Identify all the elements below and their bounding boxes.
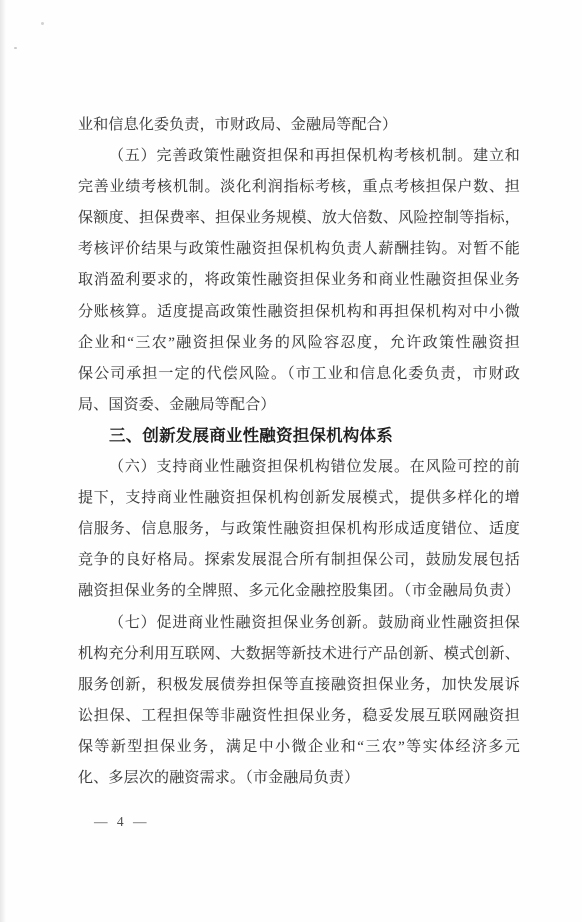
text-line: 取消盈利要求的，将政策性融资担保业务和商业性融资担保业务 xyxy=(78,265,520,296)
document-body: 业和信息化委负责，市财政局、金融局等配合） （五）完善政策性融资担保和再担保机构… xyxy=(78,110,520,794)
document-page: 业和信息化委负责，市财政局、金融局等配合） （五）完善政策性融资担保和再担保机构… xyxy=(0,0,582,922)
section-heading: 三、创新发展商业性融资担保机构体系 xyxy=(78,421,520,452)
text-line: 提下，支持商业性融资担保机构创新发展模式，提供多样化的增 xyxy=(78,483,520,514)
page-number: — 4 — xyxy=(94,812,150,832)
text-line: 考核评价结果与政策性融资担保机构负责人薪酬挂钩。对暂不能 xyxy=(78,234,520,265)
text-line: 业和信息化委负责，市财政局、金融局等配合） xyxy=(78,110,520,141)
scan-edge-shadow xyxy=(0,0,6,922)
text-line: 完善业绩考核机制。淡化利润指标考核，重点考核担保户数、担 xyxy=(78,172,520,203)
text-line: 企业和“三农”融资担保业务的风险容忍度，允许政策性融资担 xyxy=(78,328,520,359)
text-line: （五）完善政策性融资担保和再担保机构考核机制。建立和 xyxy=(78,141,520,172)
text-line: 讼担保、工程担保等非融资性担保业务，稳妥发展互联网融资担 xyxy=(78,701,520,732)
text-line: 保额度、担保费率、担保业务规模、放大倍数、风险控制等指标， xyxy=(78,203,520,234)
text-line: 保等新型担保业务，满足中小微企业和“三农”等实体经济多元 xyxy=(78,732,520,763)
text-line: 分账核算。适度提高政策性融资担保机构和再担保机构对中小微 xyxy=(78,297,520,328)
text-line: （六）支持商业性融资担保机构错位发展。在风险可控的前 xyxy=(78,452,520,483)
text-line: （七）促进商业性融资担保业务创新。鼓励商业性融资担保 xyxy=(78,608,520,639)
text-line: 机构充分利用互联网、大数据等新技术进行产品创新、模式创新、 xyxy=(78,639,520,670)
text-line: 保公司承担一定的代偿风险。（市工业和信息化委负责，市财政 xyxy=(78,359,520,390)
scan-speck xyxy=(14,47,17,49)
text-line: 局、国资委、金融局等配合） xyxy=(78,390,520,421)
text-line: 服务创新，积极发展债券担保等直接融资担保业务，加快发展诉 xyxy=(78,670,520,701)
text-line: 化、多层次的融资需求。（市金融局负责） xyxy=(78,763,520,794)
text-line: 融资担保业务的全牌照、多元化金融控股集团。（市金融局负责） xyxy=(78,576,520,607)
text-line: 竞争的良好格局。探索发展混合所有制担保公司，鼓励发展包括 xyxy=(78,545,520,576)
scan-speck xyxy=(41,22,44,25)
text-line: 信服务、信息服务，与政策性融资担保机构形成适度错位、适度 xyxy=(78,514,520,545)
